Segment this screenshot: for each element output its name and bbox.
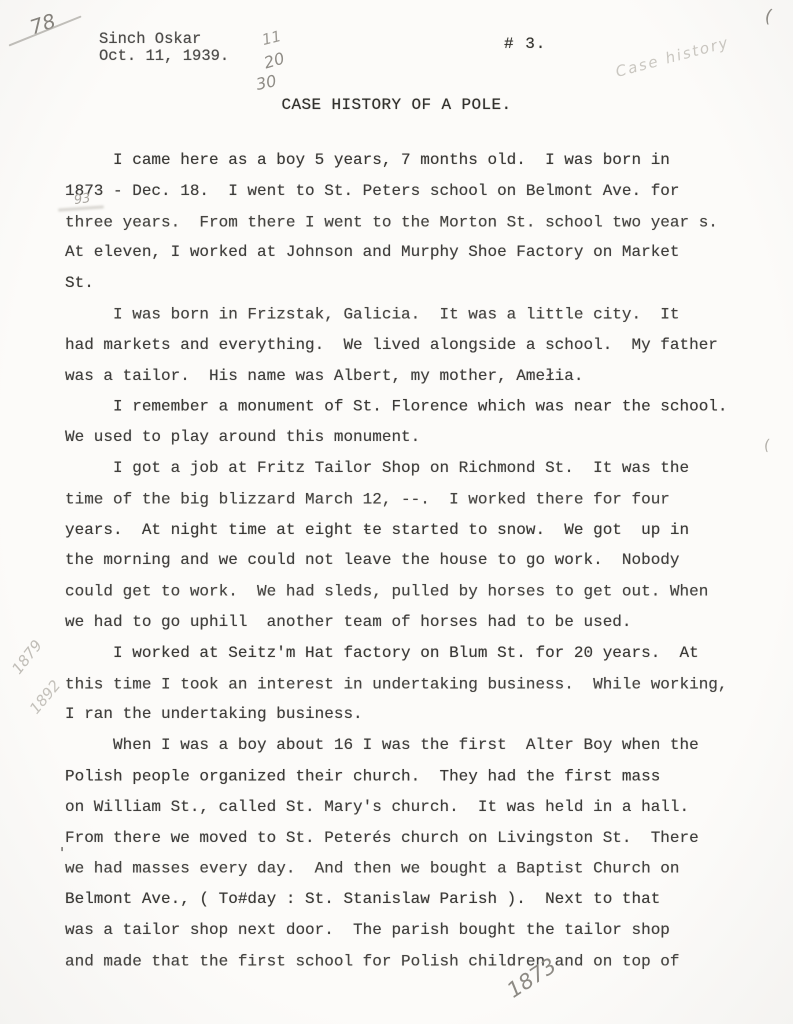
margin-year-annotation: 1879 [8, 636, 46, 677]
typewritten-line: I came here as a boy 5 years, 7 months o… [65, 145, 780, 176]
typewritten-line: I ran the undertaking business. [65, 699, 780, 730]
typewritten-line: was a tailor. His name was Albert, my mo… [65, 361, 780, 392]
typewritten-line: When I was a boy about 16 I was the firs… [65, 730, 780, 761]
typewritten-line: this time I took an interest in undertak… [65, 669, 780, 700]
document-body: I came here as a boy 5 years, 7 months o… [65, 145, 780, 977]
typewritten-line: time of the big blizzard March 12, --. I… [65, 484, 780, 515]
typewritten-line: years. At night time at eight ŧe started… [65, 515, 780, 546]
typewritten-line: had markets and everything. We lived alo… [65, 330, 780, 361]
typewritten-line: I remember a monument of St. Florence wh… [65, 392, 780, 423]
typewritten-line: on William St., called St. Mary's church… [65, 792, 780, 823]
typewritten-line: I worked at Seitz'm Hat factory on Blum … [65, 638, 780, 669]
informant-name: Sinch Oskar [99, 31, 229, 48]
pencil-number-middle: 20 [262, 49, 287, 73]
top-right-corner-mark: ( [763, 5, 775, 27]
page-title: CASE HISTORY OF A POLE. [0, 96, 793, 114]
typewritten-line: Polish people organized their church. Th… [65, 761, 780, 792]
header-block: Sinch Oskar Oct. 11, 1939. [99, 31, 229, 65]
typewritten-line: the morning and we could not leave the h… [65, 545, 780, 576]
typewritten-line: I was born in Frizstak, Galicia. It was … [65, 299, 780, 330]
pencil-number-bottom: 30 [254, 71, 278, 94]
typewritten-line: we had masses every day. And then we bou… [65, 854, 780, 885]
page-number: # 3. [504, 35, 546, 53]
typewritten-line: From there we moved to St. Peterés churc… [65, 823, 780, 854]
typewritten-line: was a tailor shop next door. The parish … [65, 915, 780, 946]
typewritten-line: 1873 - Dec. 18. I went to St. Peters sch… [65, 176, 780, 207]
document-page: Sinch Oskar Oct. 11, 1939. # 3. CASE HIS… [0, 0, 793, 1024]
typewritten-line: St. [65, 268, 780, 299]
pencil-number-top: 11 [260, 27, 283, 49]
typewritten-line: Belmont Ave., ( To#day : St. Stanislaw P… [65, 884, 780, 915]
typewritten-line: could get to work. We had sleds, pulled … [65, 577, 780, 608]
typewritten-line: I got a job at Fritz Tailor Shop on Rich… [65, 453, 780, 484]
typewritten-line: we had to go uphill another team of hors… [65, 607, 780, 638]
top-right-cursive-note: Case history [614, 33, 732, 81]
typewritten-line: three years. From there I went to the Mo… [65, 207, 780, 238]
typewritten-line: At eleven, I worked at Johnson and Murph… [65, 237, 780, 268]
document-date: Oct. 11, 1939. [99, 48, 229, 65]
typewritten-line: We used to play around this monument. [65, 422, 780, 453]
typewritten-line: and made that the first school for Polis… [65, 946, 780, 977]
margin-year-annotation: 1892 [26, 677, 64, 718]
stray-typed-mark: ' [60, 844, 64, 862]
